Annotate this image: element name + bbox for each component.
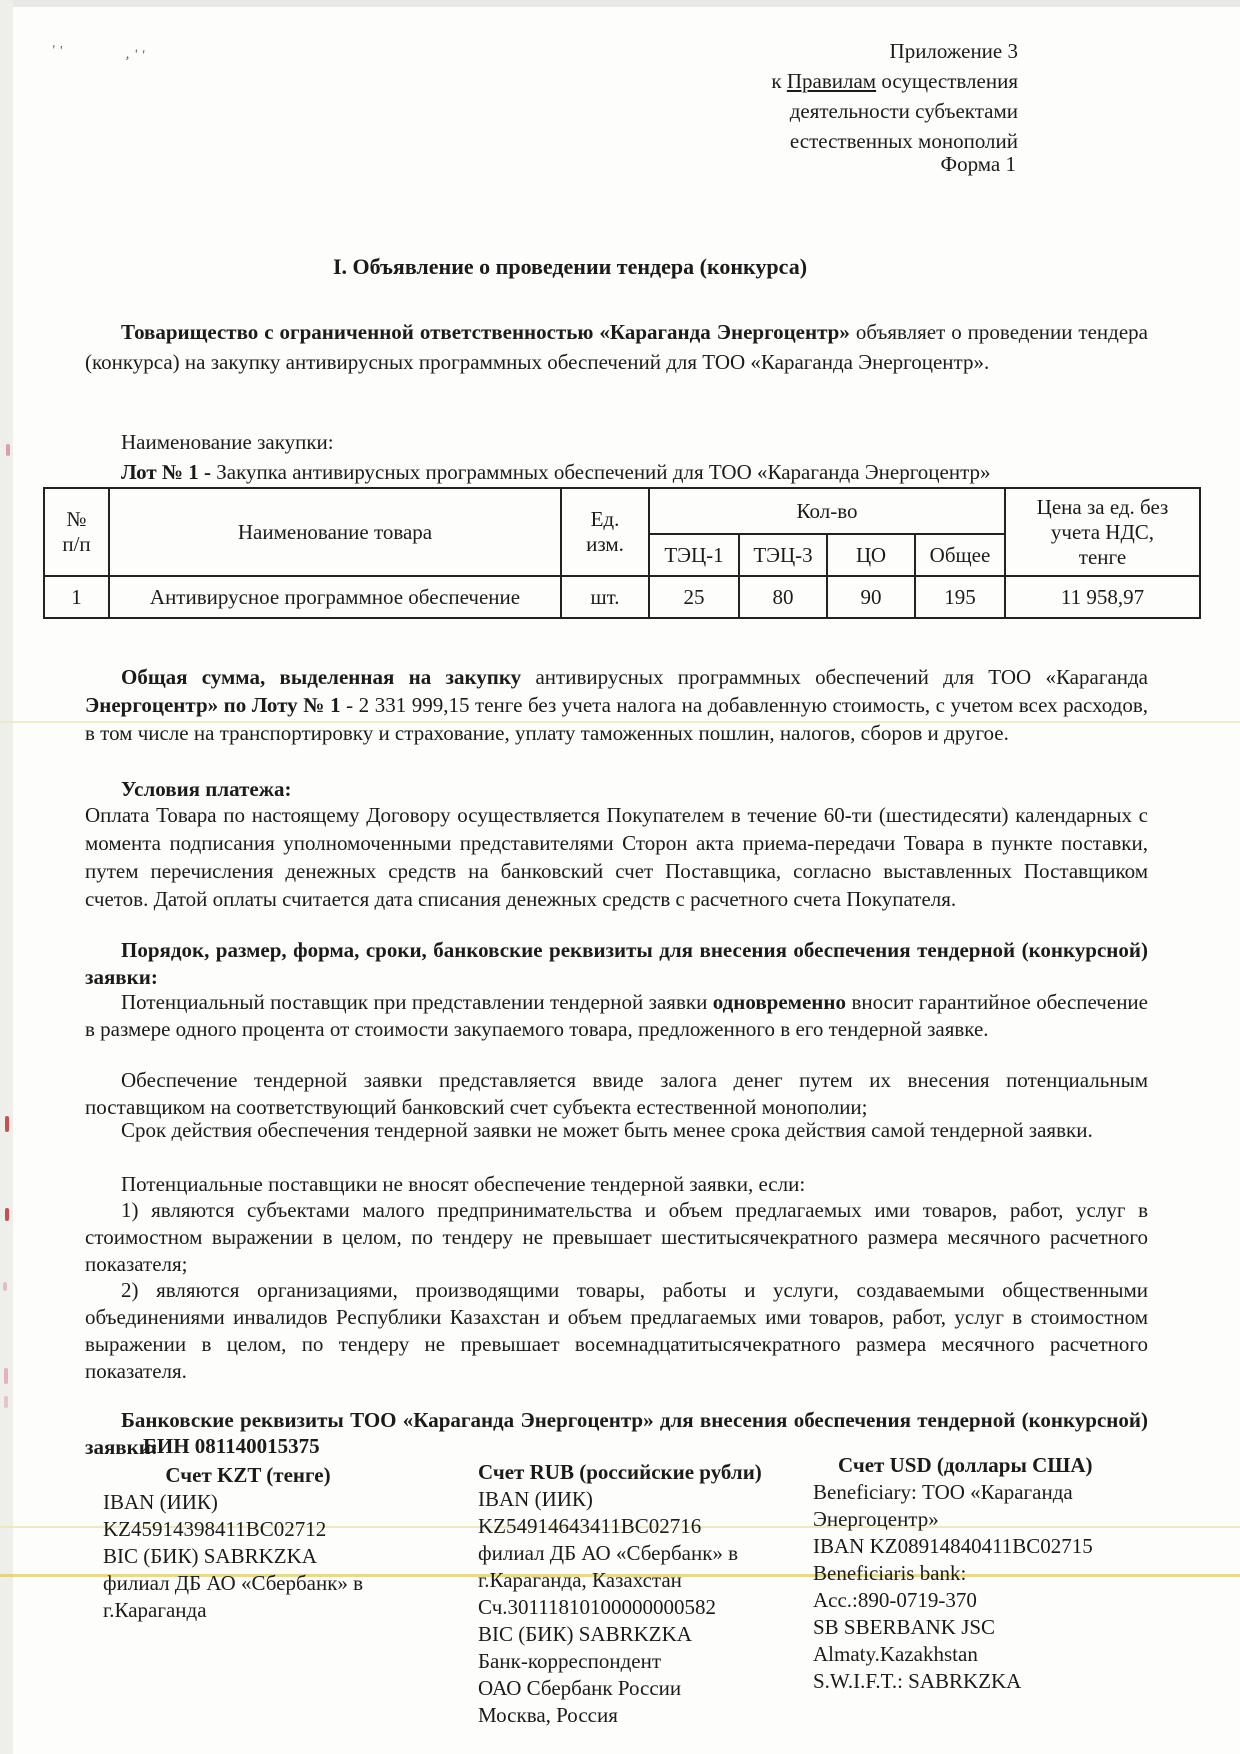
- cell-product-name: Антивирусное программное обеспечение: [109, 576, 561, 618]
- table-header-qty-group: Кол-во: [649, 488, 1005, 534]
- cell-unit: шт.: [561, 576, 649, 618]
- form-label: Форма 1: [941, 152, 1017, 177]
- lots-table: № п/п Наименование товара Ед. изм. Кол-в…: [43, 487, 1201, 619]
- total-sum-paragraph: Общая сумма, выделенная на закупку антив…: [85, 663, 1148, 747]
- guarantee-paragraph-4: Потенциальные поставщики не вносят обесп…: [85, 1171, 1148, 1198]
- cell-qty-total: 195: [915, 576, 1005, 618]
- bank-detail-line: IBAN KZ08914840411BC02715: [813, 1533, 1133, 1560]
- guarantee-paragraph-6: 2) являются организациями, производящими…: [85, 1277, 1148, 1385]
- lot-line: Лот № 1 - Закупка антивирусных программн…: [85, 458, 1148, 486]
- rub-account-lines: IBAN (ИИК)KZ54914643411BC02716филиал ДБ …: [478, 1486, 808, 1729]
- bank-detail-line: IBAN (ИИК): [478, 1486, 808, 1513]
- scan-artifact-red-dash: [5, 1208, 9, 1221]
- bank-detail-line: SB SBERBANK JSC: [813, 1614, 1133, 1641]
- bank-detail-line: Almaty.Kazakhstan: [813, 1641, 1133, 1668]
- table-header-tec3: ТЭЦ-3: [739, 534, 827, 576]
- appendix-note-line: Приложение 3: [771, 36, 1018, 66]
- cell-qty-tec3: 80: [739, 576, 827, 618]
- appendix-note-line: к Правилам осуществления: [771, 66, 1018, 96]
- kzt-account-column: Счет KZT (тенге) IBAN (ИИК)KZ45914398411…: [103, 1462, 393, 1624]
- scan-artifact-red-dash: [4, 1396, 8, 1408]
- intro-paragraph: Товарищество с ограниченной ответственно…: [85, 317, 1148, 377]
- scan-artifact-red-dash: [4, 1368, 8, 1384]
- table-header-price: Цена за ед. без учета НДС, тенге: [1005, 488, 1200, 576]
- cell-unit-price: 11 958,97: [1005, 576, 1200, 618]
- bank-detail-line: г.Караганда: [103, 1597, 393, 1624]
- bank-detail-line: Сч.30111810100000000582: [478, 1594, 808, 1621]
- usd-account-column: Счет USD (доллары США) Beneficiary: ТОО …: [813, 1452, 1133, 1695]
- table-row: 1 Антивирусное программное обеспечение ш…: [44, 576, 1200, 618]
- bank-detail-line: BIC (БИК) SABRKZKA: [103, 1543, 393, 1570]
- usd-account-lines: Beneficiary: ТОО «КарагандаЭнергоцентр»I…: [813, 1479, 1133, 1695]
- usd-account-title: Счет USD (доллары США): [813, 1452, 1133, 1479]
- scan-edge-top: [0, 0, 1240, 7]
- payment-terms-paragraph: Оплата Товара по настоящему Договору осу…: [85, 801, 1148, 913]
- cell-row-number: 1: [44, 576, 109, 618]
- table-header-name: Наименование товара: [109, 488, 561, 576]
- bank-detail-line: Beneficiaris bank:: [813, 1560, 1133, 1587]
- guarantee-paragraph-3: Срок действия обеспечения тендерной заяв…: [85, 1117, 1148, 1144]
- rub-account-title: Счет RUB (российские рубли): [478, 1459, 808, 1486]
- rub-account-column: Счет RUB (российские рубли) IBAN (ИИК)KZ…: [478, 1459, 808, 1729]
- bin-number: БИН 081140015375: [143, 1434, 320, 1459]
- table-header-unit: Ед. изм.: [561, 488, 649, 576]
- guarantee-heading: Порядок, размер, форма, сроки, банковски…: [85, 937, 1148, 991]
- bank-detail-line: Банк-корреспондент: [478, 1648, 808, 1675]
- bank-detail-line: S.W.I.F.T.: SABRKZKA: [813, 1668, 1133, 1695]
- document-title: I. Объявление о проведении тендера (конк…: [0, 254, 1140, 280]
- guarantee-paragraph-2: Обеспечение тендерной заявки представляе…: [85, 1067, 1148, 1121]
- kzt-account-lines: IBAN (ИИК)KZ45914398411BC02712BIC (БИК) …: [103, 1489, 393, 1624]
- bank-detail-line: Acc.:890-0719-370: [813, 1587, 1133, 1614]
- rules-underlined-word: Правилам: [787, 69, 876, 93]
- bank-detail-line: Beneficiary: ТОО «Караганда: [813, 1479, 1133, 1506]
- scan-artifact-red-dash: [6, 444, 10, 456]
- bank-detail-line: филиал ДБ АО «Сбербанк» в: [478, 1540, 808, 1567]
- bank-detail-line: Энергоцентр»: [813, 1506, 1133, 1533]
- appendix-note-line: деятельности субъектами: [771, 96, 1018, 126]
- table-header-total: Общее: [915, 534, 1005, 576]
- cell-qty-tec1: 25: [649, 576, 739, 618]
- guarantee-paragraph-1: Потенциальный поставщик при представлени…: [85, 989, 1148, 1043]
- table-header-tec1: ТЭЦ-1: [649, 534, 739, 576]
- bank-detail-line: KZ54914643411BC02716: [478, 1513, 808, 1540]
- scan-artifact-pen-mark: '': [51, 43, 68, 60]
- scan-artifact-red-dash: [5, 1116, 9, 1132]
- table-header-num: № п/п: [44, 488, 109, 576]
- bank-detail-line: ОАО Сбербанк России: [478, 1675, 808, 1702]
- appendix-note: Приложение 3 к Правилам осуществления де…: [771, 36, 1018, 156]
- bank-detail-line: Москва, Россия: [478, 1702, 808, 1729]
- scanned-tender-document: { "header": { "line1": "Приложение 3", "…: [0, 0, 1240, 1754]
- guarantee-paragraph-5: 1) являются субъектами малого предприним…: [85, 1197, 1148, 1278]
- bank-detail-line: IBAN (ИИК): [103, 1489, 393, 1516]
- procurement-name-label: Наименование закупки:: [85, 428, 1148, 456]
- bank-detail-line: г.Караганда, Казахстан: [478, 1567, 808, 1594]
- table-header-co: ЦО: [827, 534, 915, 576]
- scan-artifact-pen-mark: ,'': [125, 47, 150, 65]
- bank-detail-line: KZ45914398411BC02712: [103, 1516, 393, 1543]
- bank-detail-line: BIC (БИК) SABRKZKA: [478, 1621, 808, 1648]
- scan-artifact-red-dash: [3, 1282, 7, 1291]
- payment-terms-heading: Условия платежа:: [85, 775, 1148, 803]
- bank-detail-line: филиал ДБ АО «Сбербанк» в: [103, 1570, 393, 1597]
- kzt-account-title: Счет KZT (тенге): [103, 1462, 393, 1489]
- cell-qty-co: 90: [827, 576, 915, 618]
